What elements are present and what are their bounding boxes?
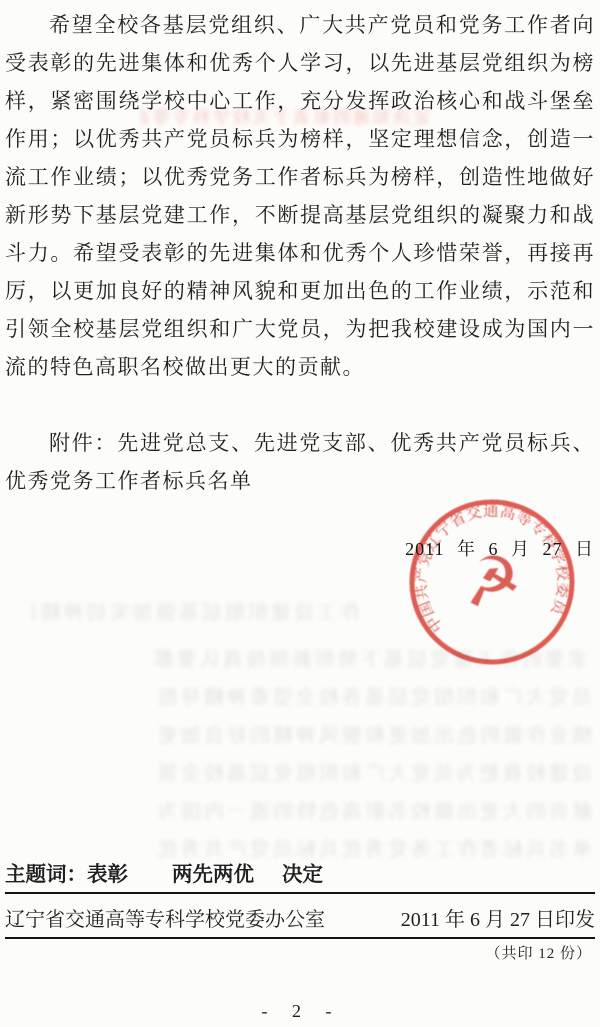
body-text: 希望全校各基层党组织、广大共产党员和党务工作者向 受表彰的先进集体和优秀个人学习… (5, 6, 595, 500)
attachment-line: 优秀党务工作者标兵名单 (5, 462, 595, 500)
body-line: 厉，以更加良好的精神风貌和更加出色的工作业绩，示范和 (5, 272, 595, 310)
bleedthrough-text: 献贡的大更出做校名职高色特的流一内国为 (8, 795, 592, 823)
body-line: 作用；以优秀共产党员标兵为榜样，坚定理想信念，创造一 (5, 120, 595, 158)
document-date: 2011 年 6 月 27 日 (405, 535, 594, 561)
bleedthrough-text: 绩业作做的色出加更和貌风神精的好良加更 (8, 719, 592, 747)
body-line: 流的特色高职名校做出更大的贡献。 (5, 348, 595, 386)
seal-ring (412, 502, 572, 662)
print-date: 2011 年 6 月 27 日印发 (401, 908, 595, 932)
body-line: 流工作业绩；以优秀党务工作者标兵为榜样，创造性地做好 (5, 158, 595, 196)
body-line: 样，紧密围绕学校中心工作，充分发挥政治核心和战斗堡垒 (5, 82, 595, 120)
body-line: 受表彰的先进集体和优秀个人学习，以先进基层党组织为榜 (5, 44, 595, 82)
issuer-row: 辽宁省交通高等专科学校党委办公室 2011 年 6 月 27 日印发 (5, 908, 595, 939)
attachment-line: 附件：先进党总支、先进党支部、优秀共产党员标兵、 (5, 424, 595, 462)
bleedthrough-text: 求要的作工建党层基下势形新照按真认要都 (12, 643, 588, 671)
official-seal-stamp: 中国共产党辽宁省交通高等专科学校委员会 ☭ (404, 494, 580, 670)
bleedthrough-text: 员党大广和织组党层基各校全望希神精导指 (8, 681, 592, 709)
body-line: 斗力。希望受表彰的先进集体和优秀个人珍惜荣誉，再接再 (5, 234, 595, 272)
paragraph-gap (5, 386, 595, 424)
seal-ring-text: 中国共产党辽宁省交通高等专科学校委员会 (404, 494, 578, 639)
body-line: 引领全校基层党组织和广大党员，为把我校建设成为国内一 (5, 310, 595, 348)
document-page: 定决知通的彰表于关校学科专等高 希望全校各基层党组织、广大共产党员和党务工作者向… (0, 0, 600, 1027)
subject-term: 两先两优 (172, 864, 254, 886)
body-line: 新形势下基层党建工作，不断提高基层党组织的凝聚力和战 (5, 196, 595, 234)
subject-term: 决定 (282, 864, 323, 886)
bleedthrough-text: 单名兵标者作工务党秀优兵标员党产共秀优 (8, 833, 592, 861)
page-number: - 2 - (0, 1001, 600, 1022)
bleedthrough-text: 设建校我把为员党大广和织组党层基校全领 (8, 757, 592, 785)
subject-label: 主题词： (5, 864, 87, 886)
issuing-office: 辽宁省交通高等专科学校党委办公室 (5, 908, 325, 932)
subject-keywords-row: 主题词：表彰两先两优决定 (5, 862, 595, 894)
body-line: 希望全校各基层党组织、广大共产党员和党务工作者向 (5, 6, 595, 44)
copies-count: （共印 12 份） (485, 942, 592, 963)
bleedthrough-text: 作工设建织组层基强加实切神精话讲要重的 (30, 596, 360, 624)
subject-term: 表彰 (87, 864, 128, 886)
